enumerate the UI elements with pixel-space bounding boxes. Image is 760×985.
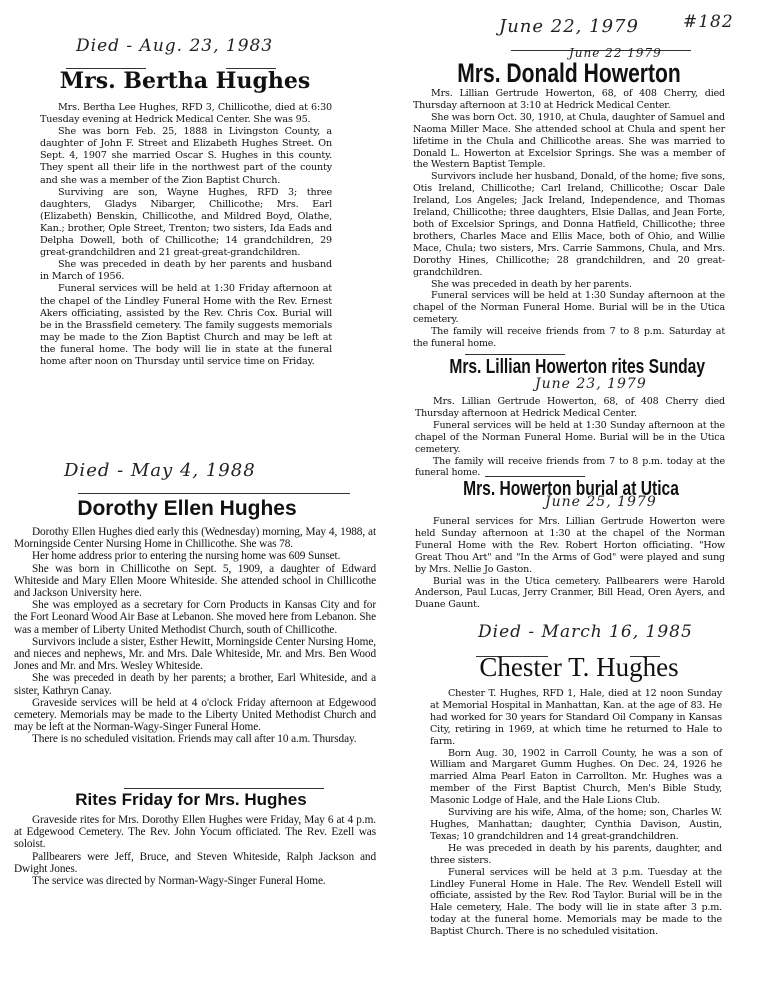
paragraph: Born Aug. 30, 1902 in Carroll County, he… [430, 748, 722, 808]
clipping-howerton-burial: Mrs. Howerton burial at Utica June 25, 1… [415, 476, 727, 606]
paragraph: She was preceded in death by her parents… [40, 259, 332, 283]
obituary-body: Graveside rites for Mrs. Dorothy Ellen H… [14, 814, 376, 887]
clipping-lillian-rites-sunday: Mrs. Lillian Howerton rites Sunday June … [415, 352, 727, 472]
obituary-headline: Rites Friday for Mrs. Hughes [6, 790, 376, 810]
obituary-body: Funeral services for Mrs. Lillian Gertru… [415, 516, 725, 611]
paragraph: Her home address prior to entering the n… [14, 550, 376, 562]
paragraph: Survivors include a sister, Esther Hewit… [14, 636, 376, 673]
divider [124, 788, 324, 789]
clipping-rites-friday: Rites Friday for Mrs. Hughes Graveside r… [14, 786, 376, 886]
paragraph: Survivors include her husband, Donald, o… [413, 171, 725, 278]
obituary-body: Mrs. Lillian Gertrude Howerton, 68, of 4… [415, 396, 725, 479]
handwritten-note: #182 [683, 12, 734, 32]
handwritten-date: Died - March 16, 1985 [478, 622, 693, 642]
handwritten-date: June 22, 1979 [499, 16, 639, 37]
paragraph: Surviving are son, Wayne Hughes, RFD 3; … [40, 187, 332, 260]
paragraph: Mrs. Lillian Gertrude Howerton, 68, of 4… [413, 88, 725, 112]
paragraph: Chester T. Hughes, RFD 1, Hale, died at … [430, 688, 722, 748]
paragraph: Funeral services will be held at 1:30 Su… [413, 290, 725, 326]
divider [465, 354, 565, 355]
clipping-dorothy-ellen-hughes: Died - May 4, 1988 Dorothy Ellen Hughes … [14, 460, 376, 780]
paragraph: Dorothy Ellen Hughes died early this (We… [14, 526, 376, 550]
handwritten-date: June 25, 1979 [545, 494, 657, 510]
paragraph: Funeral services will be held at 3 p.m. … [430, 867, 722, 938]
paragraph: She was preceded in death by her parents… [14, 672, 376, 696]
paragraph: Mrs. Lillian Gertrude Howerton, 68, of 4… [415, 396, 725, 420]
divider [485, 476, 585, 477]
paragraph: The service was directed by Norman-Wagy-… [14, 875, 376, 887]
obituary-body: Mrs. Lillian Gertrude Howerton, 68, of 4… [413, 88, 725, 350]
obituary-body: Dorothy Ellen Hughes died early this (We… [14, 526, 376, 746]
paragraph: Funeral services will be held at 1:30 Fr… [40, 283, 332, 368]
paragraph: Graveside services will be held at 4 o'c… [14, 697, 376, 734]
obituary-headline: Chester T. Hughes [424, 652, 734, 683]
paragraph: Funeral services will be held at 1:30 Su… [415, 420, 725, 456]
paragraph: She was preceded in death by her parents… [413, 279, 725, 291]
handwritten-date: Died - May 4, 1988 [64, 460, 256, 481]
clipping-donald-howerton: June 22, 1979 #182 June 22 1979 Mrs. Don… [413, 8, 733, 338]
obituary-headline: Mrs. Bertha Hughes [36, 68, 334, 94]
obituary-body: Mrs. Bertha Lee Hughes, RFD 3, Chillicot… [40, 102, 332, 368]
obituary-headline: Mrs. Donald Howerton [441, 58, 697, 89]
paragraph: There is no scheduled visitation. Friend… [14, 733, 376, 745]
divider [78, 493, 350, 494]
paragraph: Surviving are his wife, Alma, of the hom… [430, 807, 722, 843]
paragraph: Burial was in the Utica cemetery. Pallbe… [415, 576, 725, 612]
paragraph: The family will receive friends from 7 t… [413, 326, 725, 350]
paragraph: Graveside rites for Mrs. Dorothy Ellen H… [14, 814, 376, 851]
clipping-bertha-hughes: Died - Aug. 23, 1983 Mrs. Bertha Hughes … [38, 30, 334, 380]
obituary-body: Chester T. Hughes, RFD 1, Hale, died at … [430, 688, 722, 938]
paragraph: He was preceded in death by his parents,… [430, 843, 722, 867]
handwritten-date: June 23, 1979 [535, 376, 647, 392]
handwritten-date: Died - Aug. 23, 1983 [76, 36, 273, 56]
paragraph: Pallbearers were Jeff, Bruce, and Steven… [14, 851, 376, 875]
obituary-headline: Dorothy Ellen Hughes [0, 497, 376, 521]
paragraph: Mrs. Bertha Lee Hughes, RFD 3, Chillicot… [40, 102, 332, 126]
paragraph: She was employed as a secretary for Corn… [14, 599, 376, 636]
clipping-chester-hughes: Died - March 16, 1985 Chester T. Hughes … [430, 622, 734, 972]
paragraph: She was born in Chillicothe on Sept. 5, … [14, 563, 376, 600]
paragraph: She was born Feb. 25, 1888 in Livingston… [40, 126, 332, 186]
paragraph: She was born Oct. 30, 1910, at Chula, da… [413, 112, 725, 172]
paragraph: Funeral services for Mrs. Lillian Gertru… [415, 516, 725, 576]
